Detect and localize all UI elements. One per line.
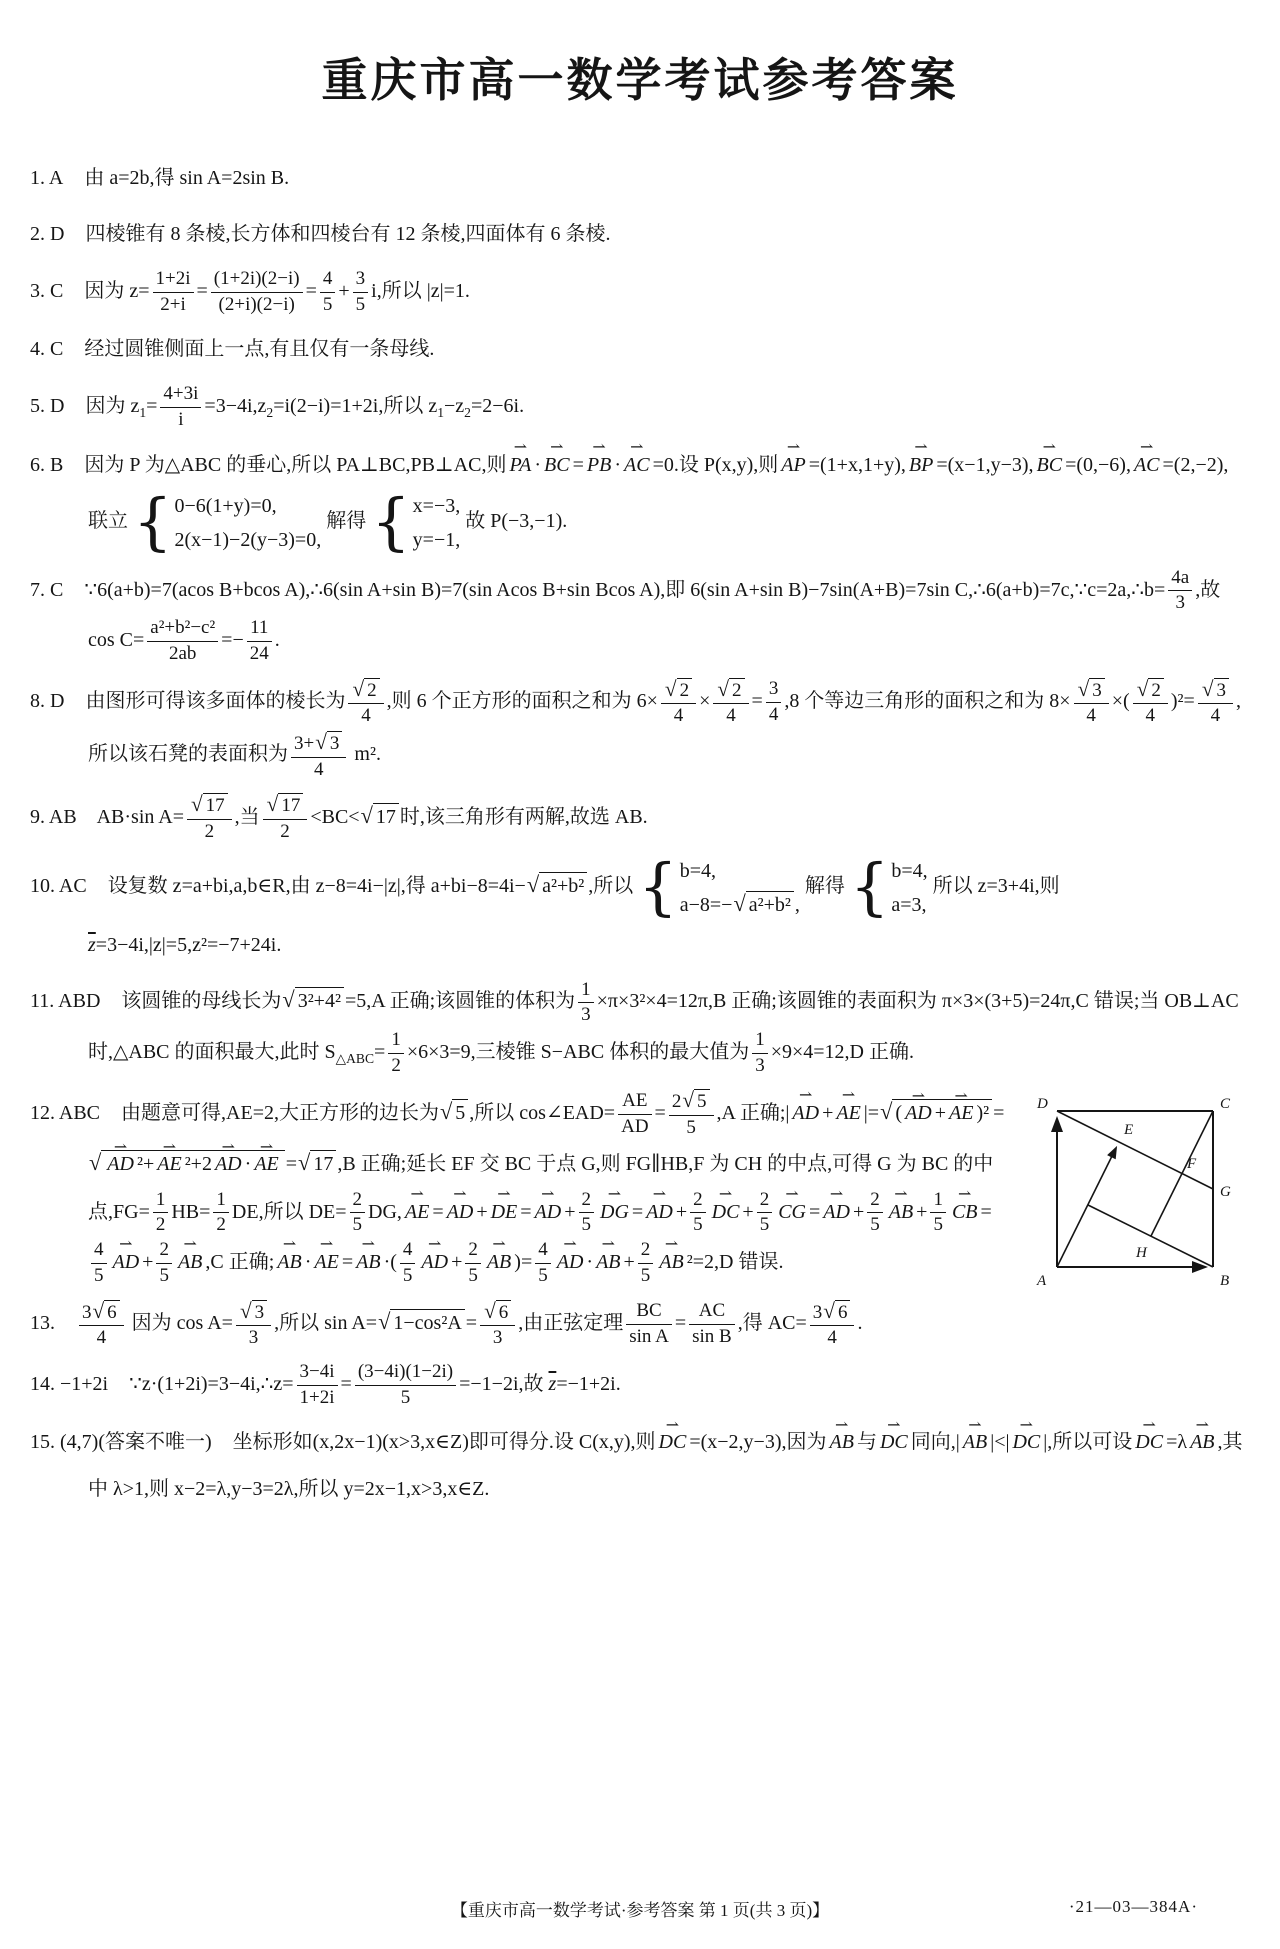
answers-list: 1. A 由 a=2b,得 sin A=2sin B. 2. D 四棱锥有 8 …: [0, 136, 1280, 1513]
fraction-numerator: √3: [236, 1298, 271, 1327]
fraction-denominator: 5: [757, 1213, 773, 1238]
item-number: 1. A: [30, 167, 63, 189]
radicand: 6: [496, 1300, 512, 1326]
figure-label-H: H: [1135, 1245, 1148, 1261]
item-number: 6. B: [30, 454, 63, 476]
fraction-numerator: √3: [1074, 676, 1109, 705]
answer-item-8: 8. D 由图形可得该多面体的棱长为√24,则 6 个正方形的面积之和为 6×√…: [30, 676, 1246, 783]
item-number: 7. C: [30, 579, 63, 601]
fraction-numerator: √17: [263, 791, 308, 820]
square-root: √3: [1202, 676, 1229, 704]
item-number: 13.: [30, 1312, 55, 1334]
fraction-numerator: √6: [480, 1298, 515, 1327]
fraction-numerator: 3√6: [79, 1298, 124, 1327]
radical-sign: √: [1137, 677, 1149, 701]
radical-sign: √: [527, 872, 539, 897]
fraction-denominator: 4: [1133, 704, 1168, 729]
fraction: √24: [661, 676, 696, 729]
item-body: 因为 z1=4+3ii=3−4i,z2=i(2−i)=1+2i,所以 z1−z2…: [85, 395, 524, 417]
vector: AE: [836, 1090, 860, 1137]
square-root: √6: [823, 1298, 850, 1326]
square-root: √a²+b²: [733, 890, 793, 918]
item-number: 15. (4,7)(答案不唯一): [30, 1431, 212, 1453]
fraction-numerator: 1: [752, 1028, 768, 1054]
radicand: 17: [373, 803, 399, 830]
answer-item-9: 9. AB AB·sin A=√172,当√172<BC<√17时,该三角形有两…: [30, 791, 1246, 844]
fraction-numerator: 2: [350, 1188, 366, 1214]
fraction-denominator: 5: [156, 1264, 172, 1289]
item-number: 2. D: [30, 223, 64, 245]
fraction: 12: [388, 1028, 404, 1078]
vector: AB: [830, 1419, 854, 1466]
fraction-numerator: 2: [638, 1238, 654, 1264]
fraction-denominator: 3: [236, 1326, 271, 1351]
system-brace: {: [850, 861, 889, 914]
fraction-denominator: 5: [353, 293, 369, 318]
square-root: √3: [1078, 676, 1105, 704]
vector: AD: [557, 1239, 584, 1286]
fraction: 3√64: [810, 1298, 855, 1351]
square-root: √17: [191, 791, 228, 819]
answer-item-2: 2. D 四棱锥有 8 条棱,长方体和四棱台有 12 条棱,四面体有 6 条棱.: [30, 211, 1246, 258]
vector: AC: [1134, 442, 1160, 489]
fraction-numerator: √2: [713, 676, 748, 705]
radicand: 3: [1089, 678, 1105, 704]
square-root: √6: [93, 1298, 120, 1326]
subscript: 1: [139, 405, 146, 420]
radical-sign: √: [717, 677, 729, 701]
equation-system: {b=4,a=3,: [850, 854, 928, 922]
fraction-numerator: 4: [535, 1238, 551, 1264]
equation-system: {0−6(1+y)=0,2(x−1)−2(y−3)=0,: [133, 489, 321, 557]
square-root: √17: [267, 791, 304, 819]
item-number: 9. AB: [30, 806, 77, 828]
vector: AD: [107, 1151, 134, 1177]
fraction-numerator: 2: [757, 1188, 773, 1214]
fraction: √33: [236, 1298, 271, 1351]
fraction-denominator: i: [160, 408, 201, 433]
vector: PA: [510, 442, 532, 489]
fraction-numerator: BC: [626, 1299, 672, 1325]
fraction-denominator: 3: [578, 1003, 594, 1028]
fraction-numerator: 4+3i: [160, 382, 201, 408]
fraction: 25: [757, 1188, 773, 1238]
conjugate: z: [88, 934, 96, 956]
fraction: BCsin A: [626, 1299, 672, 1349]
system-row: a=3,: [891, 888, 927, 922]
square-root: √17: [298, 1149, 336, 1177]
square-root: √AD²+AE²+2AD·AE: [89, 1149, 285, 1177]
fraction-numerator: 11: [247, 616, 272, 642]
vector: AB: [659, 1239, 683, 1286]
item-body: 经过圆锥侧面上一点,有且仅有一条母线.: [84, 338, 434, 360]
vector: BC: [1037, 442, 1063, 489]
fraction: 25: [156, 1238, 172, 1288]
vector: AB: [1190, 1419, 1214, 1466]
fraction: √172: [263, 791, 308, 844]
item-body: 坐标形如(x,2x−1)(x>3,x∈Z)即可得分.设 C(x,y),则DC=(…: [88, 1431, 1243, 1500]
fraction: 25: [690, 1188, 706, 1238]
conjugate: z: [549, 1373, 557, 1395]
answer-item-12: D C A B E F G H 12. ABC 由题意可得,AE=2,大正方形的…: [30, 1087, 1246, 1288]
vector: AC: [624, 442, 650, 489]
vector: AE: [314, 1239, 338, 1286]
fraction-denominator: 4: [348, 704, 383, 729]
system-rows: 0−6(1+y)=0,2(x−1)−2(y−3)=0,: [174, 489, 321, 557]
square-root: √3²+4²: [282, 986, 344, 1014]
figure-label-C: C: [1220, 1096, 1231, 1112]
fraction-numerator: 2: [579, 1188, 595, 1214]
square-root: √3: [240, 1298, 267, 1326]
fraction-numerator: √2: [1133, 676, 1168, 705]
fraction-numerator: √3: [1198, 676, 1233, 705]
fraction-denominator: 1+2i: [297, 1386, 338, 1411]
fraction-numerator: 4: [320, 267, 336, 293]
fraction-numerator: √2: [661, 676, 696, 705]
radical-sign: √: [240, 1299, 252, 1323]
fraction-denominator: sin A: [626, 1325, 672, 1350]
fraction-denominator: 5: [669, 1116, 714, 1141]
radicand: 2: [677, 678, 693, 704]
fraction-denominator: 3: [1168, 591, 1192, 616]
radicand: 3²+4²: [295, 987, 344, 1014]
fraction-numerator: 1: [153, 1188, 169, 1214]
radical-sign: √: [665, 677, 677, 701]
answer-item-14: 14. −1+2i ∵z·(1+2i)=3−4i,∴z=3−4i1+2i=(3−…: [30, 1360, 1246, 1410]
fraction: 1124: [247, 616, 272, 666]
system-row: y=−1,: [413, 523, 461, 557]
system-brace: {: [371, 496, 410, 549]
fraction: 15: [930, 1188, 946, 1238]
radical-sign: √: [267, 792, 279, 816]
fraction: 45: [91, 1238, 107, 1288]
fraction: 12: [153, 1188, 169, 1238]
vector: DC: [1135, 1419, 1163, 1466]
item-number: 14. −1+2i: [30, 1373, 108, 1395]
fraction: ACsin B: [689, 1299, 735, 1349]
square-root: √2: [352, 676, 379, 704]
vector: AD: [792, 1090, 819, 1137]
radicand: 3: [327, 731, 343, 757]
item-body: 由 a=2b,得 sin A=2sin B.: [84, 167, 289, 189]
square-root: √a²+b²: [527, 871, 587, 899]
fraction-numerator: 2: [156, 1238, 172, 1264]
square-root: √3: [315, 729, 342, 757]
fraction-numerator: √17: [187, 791, 232, 820]
system-rows: b=4,a−8=−√a²+b²,: [680, 854, 800, 922]
fraction-numerator: 1+2i: [153, 267, 194, 293]
vector: DC: [1012, 1419, 1040, 1466]
fraction: 45: [320, 267, 336, 317]
vector: AP: [781, 442, 805, 489]
vector: AB: [356, 1239, 380, 1286]
radical-sign: √: [378, 1309, 390, 1334]
system-row: a−8=−√a²+b²,: [680, 888, 800, 922]
fraction: √172: [187, 791, 232, 844]
answer-item-3: 3. C 因为 z=1+2i2+i=(1+2i)(2−i)(2+i)(2−i)=…: [30, 267, 1246, 317]
geometry-figure: D C A B E F G H: [1032, 1089, 1246, 1309]
fraction-denominator: 2+i: [153, 293, 194, 318]
line-HB: [1088, 1205, 1213, 1267]
fraction: √34: [1074, 676, 1109, 729]
square-root: √17: [361, 802, 399, 830]
vector: AE: [949, 1100, 973, 1126]
item-body: 因为 z=1+2i2+i=(1+2i)(2−i)(2+i)(2−i)=45+35…: [84, 280, 470, 302]
fraction-denominator: 2: [213, 1213, 229, 1238]
fraction-numerator: 3: [766, 677, 782, 703]
answer-item-7: 7. C ∵6(a+b)=7(acos B+bcos A),∴6(sin A+s…: [30, 566, 1246, 667]
system-row: 0−6(1+y)=0,: [174, 489, 321, 523]
item-body: 设复数 z=a+bi,a,b∈R,由 z−8=4i−|z|,得 a+bi−8=4…: [88, 875, 1060, 955]
vector: AE: [254, 1151, 278, 1177]
fraction-denominator: 4: [713, 704, 748, 729]
fraction-denominator: 2: [263, 820, 308, 845]
subscript: 2: [266, 405, 273, 420]
square-root: √2: [665, 676, 692, 704]
figure-label-B: B: [1220, 1273, 1229, 1289]
fraction-denominator: 5: [91, 1264, 107, 1289]
equation-system: {b=4,a−8=−√a²+b²,: [638, 854, 800, 922]
square-root: √(AD+AE)²: [880, 1098, 992, 1126]
radical-sign: √: [823, 1299, 835, 1323]
subscript: 1: [437, 405, 444, 420]
subscript: 2: [464, 405, 471, 420]
vector: DC: [712, 1189, 740, 1236]
page: 重庆市高一数学考试参考答案 1. A 由 a=2b,得 sin A=2sin B…: [0, 0, 1280, 1949]
line-DEFG: [1057, 1111, 1213, 1189]
item-number: 12. ABC: [30, 1102, 100, 1124]
item-number: 5. D: [30, 395, 64, 417]
subscript: △ABC: [336, 1051, 374, 1066]
system-rows: b=4,a=3,: [891, 854, 927, 922]
fraction-numerator: 1: [578, 978, 594, 1004]
figure-label-E: E: [1123, 1122, 1133, 1138]
answer-item-15: 15. (4,7)(答案不唯一) 坐标形如(x,2x−1)(x>3,x∈Z)即可…: [30, 1419, 1246, 1513]
fraction: 25: [579, 1188, 595, 1238]
radicand: 2: [729, 678, 745, 704]
fraction-numerator: 4: [91, 1238, 107, 1264]
square-root: √2: [717, 676, 744, 704]
vector: AD: [447, 1189, 474, 1236]
fraction: 12: [213, 1188, 229, 1238]
square-root: √1−cos²A: [378, 1308, 465, 1336]
radicand: (AD+AE)²: [892, 1099, 992, 1126]
radicand: 6: [104, 1300, 120, 1326]
fraction-denominator: 2: [153, 1213, 169, 1238]
fraction-denominator: 5: [638, 1264, 654, 1289]
vector: DC: [880, 1419, 908, 1466]
figure-label-A: A: [1036, 1273, 1047, 1289]
radical-sign: √: [282, 987, 294, 1012]
fraction: 2√55: [669, 1087, 714, 1140]
fraction-denominator: 4: [810, 1326, 855, 1351]
vector: AD: [823, 1189, 850, 1236]
radicand: 17: [203, 793, 228, 819]
radical-sign: √: [484, 1299, 496, 1323]
radicand: 3: [1214, 678, 1230, 704]
vector: AD: [215, 1151, 242, 1177]
square-diagram: D C A B E F G H: [1032, 1089, 1246, 1291]
item-body: ∵z·(1+2i)=3−4i,∴z=3−4i1+2i=(3−4i)(1−2i)5…: [129, 1373, 621, 1395]
system-rows: x=−3,y=−1,: [413, 489, 461, 557]
fraction-denominator: 5: [930, 1213, 946, 1238]
fraction-denominator: 5: [579, 1213, 595, 1238]
item-body: AB·sin A=√172,当√172<BC<√17时,该三角形有两解,故选 A…: [97, 806, 648, 828]
fraction: √34: [1198, 676, 1233, 729]
answer-item-5: 5. D 因为 z1=4+3ii=3−4i,z2=i(2−i)=1+2i,所以 …: [30, 382, 1246, 432]
fraction-denominator: 4: [661, 704, 696, 729]
item-number: 8. D: [30, 690, 64, 712]
fraction-denominator: sin B: [689, 1325, 735, 1350]
vector: AD: [905, 1100, 932, 1126]
radical-sign: √: [361, 803, 373, 828]
square-root: √5: [682, 1087, 709, 1115]
fraction-denominator: 4: [766, 703, 782, 728]
radicand: AD²+AE²+2AD·AE: [101, 1150, 284, 1177]
fraction-denominator: 5: [320, 293, 336, 318]
radicand: 2: [364, 678, 380, 704]
fraction-denominator: 5: [355, 1386, 456, 1411]
item-body: ∵6(a+b)=7(acos B+bcos A),∴6(sin A+sin B)…: [84, 579, 1220, 651]
item-body: 3√64 因为 cos A=√33,所以 sin A=√1−cos²A=√63,…: [76, 1312, 862, 1334]
fraction-denominator: 5: [400, 1264, 416, 1289]
fraction-numerator: 3: [353, 267, 369, 293]
radicand: a²+b²: [746, 891, 794, 918]
fraction-denominator: (2+i)(2−i): [211, 293, 303, 318]
item-body: 由图形可得该多面体的棱长为√24,则 6 个正方形的面积之和为 6×√24×√2…: [85, 690, 1241, 765]
fraction-denominator: AD: [618, 1115, 651, 1140]
figure-label-F: F: [1186, 1156, 1197, 1172]
radical-sign: √: [89, 1150, 101, 1175]
figure-label-D: D: [1036, 1096, 1048, 1112]
answer-item-4: 4. C 经过圆锥侧面上一点,有且仅有一条母线.: [30, 326, 1246, 373]
radicand: 5: [694, 1089, 710, 1115]
radical-sign: √: [298, 1150, 310, 1175]
radicand: 3: [252, 1300, 268, 1326]
vector: PB: [587, 442, 611, 489]
fraction-numerator: AC: [689, 1299, 735, 1325]
radical-sign: √: [440, 1099, 452, 1124]
system-row: b=4,: [680, 854, 800, 888]
vector: DC: [659, 1419, 687, 1466]
vector: AE: [405, 1189, 429, 1236]
item-body: 该圆锥的母线长为√3²+4²=5,A 正确;该圆锥的体积为13×π×3²×4=1…: [88, 990, 1239, 1062]
fraction-denominator: 24: [247, 642, 272, 667]
fraction: AEAD: [618, 1089, 651, 1139]
fraction: 25: [867, 1188, 883, 1238]
fraction: 45: [400, 1238, 416, 1288]
fraction: a²+b²−c²2ab: [147, 616, 218, 666]
fraction: 25: [638, 1238, 654, 1288]
fraction-numerator: 4: [400, 1238, 416, 1264]
vector: AD: [421, 1239, 448, 1286]
item-body: 因为 P 为△ABC 的垂心,所以 PA⊥BC,PB⊥AC,则PA·BC=PB·…: [84, 454, 1228, 533]
radical-sign: √: [315, 730, 327, 754]
system-row: 2(x−1)−2(y−3)=0,: [174, 523, 321, 557]
radical-sign: √: [682, 1088, 694, 1112]
fraction-denominator: 2: [388, 1054, 404, 1079]
fraction-denominator: 5: [867, 1213, 883, 1238]
radicand: 2: [1148, 678, 1164, 704]
vector: BC: [544, 442, 570, 489]
item-body: 四棱锥有 8 条棱,长方体和四棱台有 12 条棱,四面体有 6 条棱.: [85, 223, 610, 245]
fraction-numerator: (1+2i)(2−i): [211, 267, 303, 293]
fraction: 3+√34: [291, 729, 346, 782]
item-number: 10. AC: [30, 875, 87, 897]
fraction-numerator: 3√6: [810, 1298, 855, 1327]
fraction-numerator: (3−4i)(1−2i): [355, 1360, 456, 1386]
fraction: √63: [480, 1298, 515, 1351]
page-title: 重庆市高一数学考试参考答案: [0, 0, 1280, 110]
square-root: √6: [484, 1298, 511, 1326]
fraction-denominator: 4: [1198, 704, 1233, 729]
square-root: √2: [1137, 676, 1164, 704]
vector: CG: [778, 1189, 806, 1236]
fraction: 1+2i2+i: [153, 267, 194, 317]
fraction: √24: [1133, 676, 1168, 729]
radicand: 17: [310, 1150, 336, 1177]
fraction-denominator: 2ab: [147, 642, 218, 667]
footer-code: ·21—03—384A·: [1069, 1897, 1198, 1917]
fraction: 34: [766, 677, 782, 727]
fraction: 3−4i1+2i: [297, 1360, 338, 1410]
vector: AB: [889, 1189, 913, 1236]
fraction-denominator: 3: [752, 1054, 768, 1079]
fraction: 13: [752, 1028, 768, 1078]
radical-sign: √: [93, 1299, 105, 1323]
fraction-denominator: 5: [465, 1264, 481, 1289]
page-footer: 【重庆市高一数学考试·参考答案 第 1 页(共 3 页)】 ·21—03—384…: [0, 1896, 1280, 1921]
item-number: 11. ABD: [30, 990, 100, 1012]
fraction: 35: [353, 267, 369, 317]
fraction-numerator: 2: [690, 1188, 706, 1214]
radical-sign: √: [352, 677, 364, 701]
system-brace: {: [133, 496, 172, 549]
fraction-numerator: 2: [867, 1188, 883, 1214]
fraction: 13: [578, 978, 594, 1028]
vector: AD: [535, 1189, 562, 1236]
radicand: a²+b²: [539, 872, 587, 899]
vector: CB: [952, 1189, 978, 1236]
fraction-numerator: 1: [388, 1028, 404, 1054]
fraction-denominator: 4: [1074, 704, 1109, 729]
radical-sign: √: [880, 1099, 892, 1124]
radical-sign: √: [733, 891, 745, 916]
fraction-numerator: 3+√3: [291, 729, 346, 758]
fraction-denominator: 5: [690, 1213, 706, 1238]
fraction-numerator: 4a: [1168, 566, 1192, 592]
answer-item-6: 6. B 因为 P 为△ABC 的垂心,所以 PA⊥BC,PB⊥AC,则PA·B…: [30, 442, 1246, 557]
answer-item-11: 11. ABD 该圆锥的母线长为√3²+4²=5,A 正确;该圆锥的体积为13×…: [30, 978, 1246, 1079]
fraction-denominator: 4: [79, 1326, 124, 1351]
line-CFH: [1151, 1111, 1213, 1236]
radical-sign: √: [1202, 677, 1214, 701]
fraction-numerator: 2√5: [669, 1087, 714, 1116]
fraction-denominator: 5: [535, 1264, 551, 1289]
fraction-denominator: 3: [480, 1326, 515, 1351]
system-row: x=−3,: [413, 489, 461, 523]
fraction-numerator: 3−4i: [297, 1360, 338, 1386]
vector-AE: [1057, 1148, 1116, 1267]
fraction: 45: [535, 1238, 551, 1288]
answer-item-10: 10. AC 设复数 z=a+bi,a,b∈R,由 z−8=4i−|z|,得 a…: [30, 854, 1246, 969]
radicand: 6: [835, 1300, 851, 1326]
vector: AB: [487, 1239, 511, 1286]
fraction: 25: [465, 1238, 481, 1288]
fraction: 3√64: [79, 1298, 124, 1351]
fraction-numerator: 2: [465, 1238, 481, 1264]
radicand: 5: [452, 1099, 468, 1126]
